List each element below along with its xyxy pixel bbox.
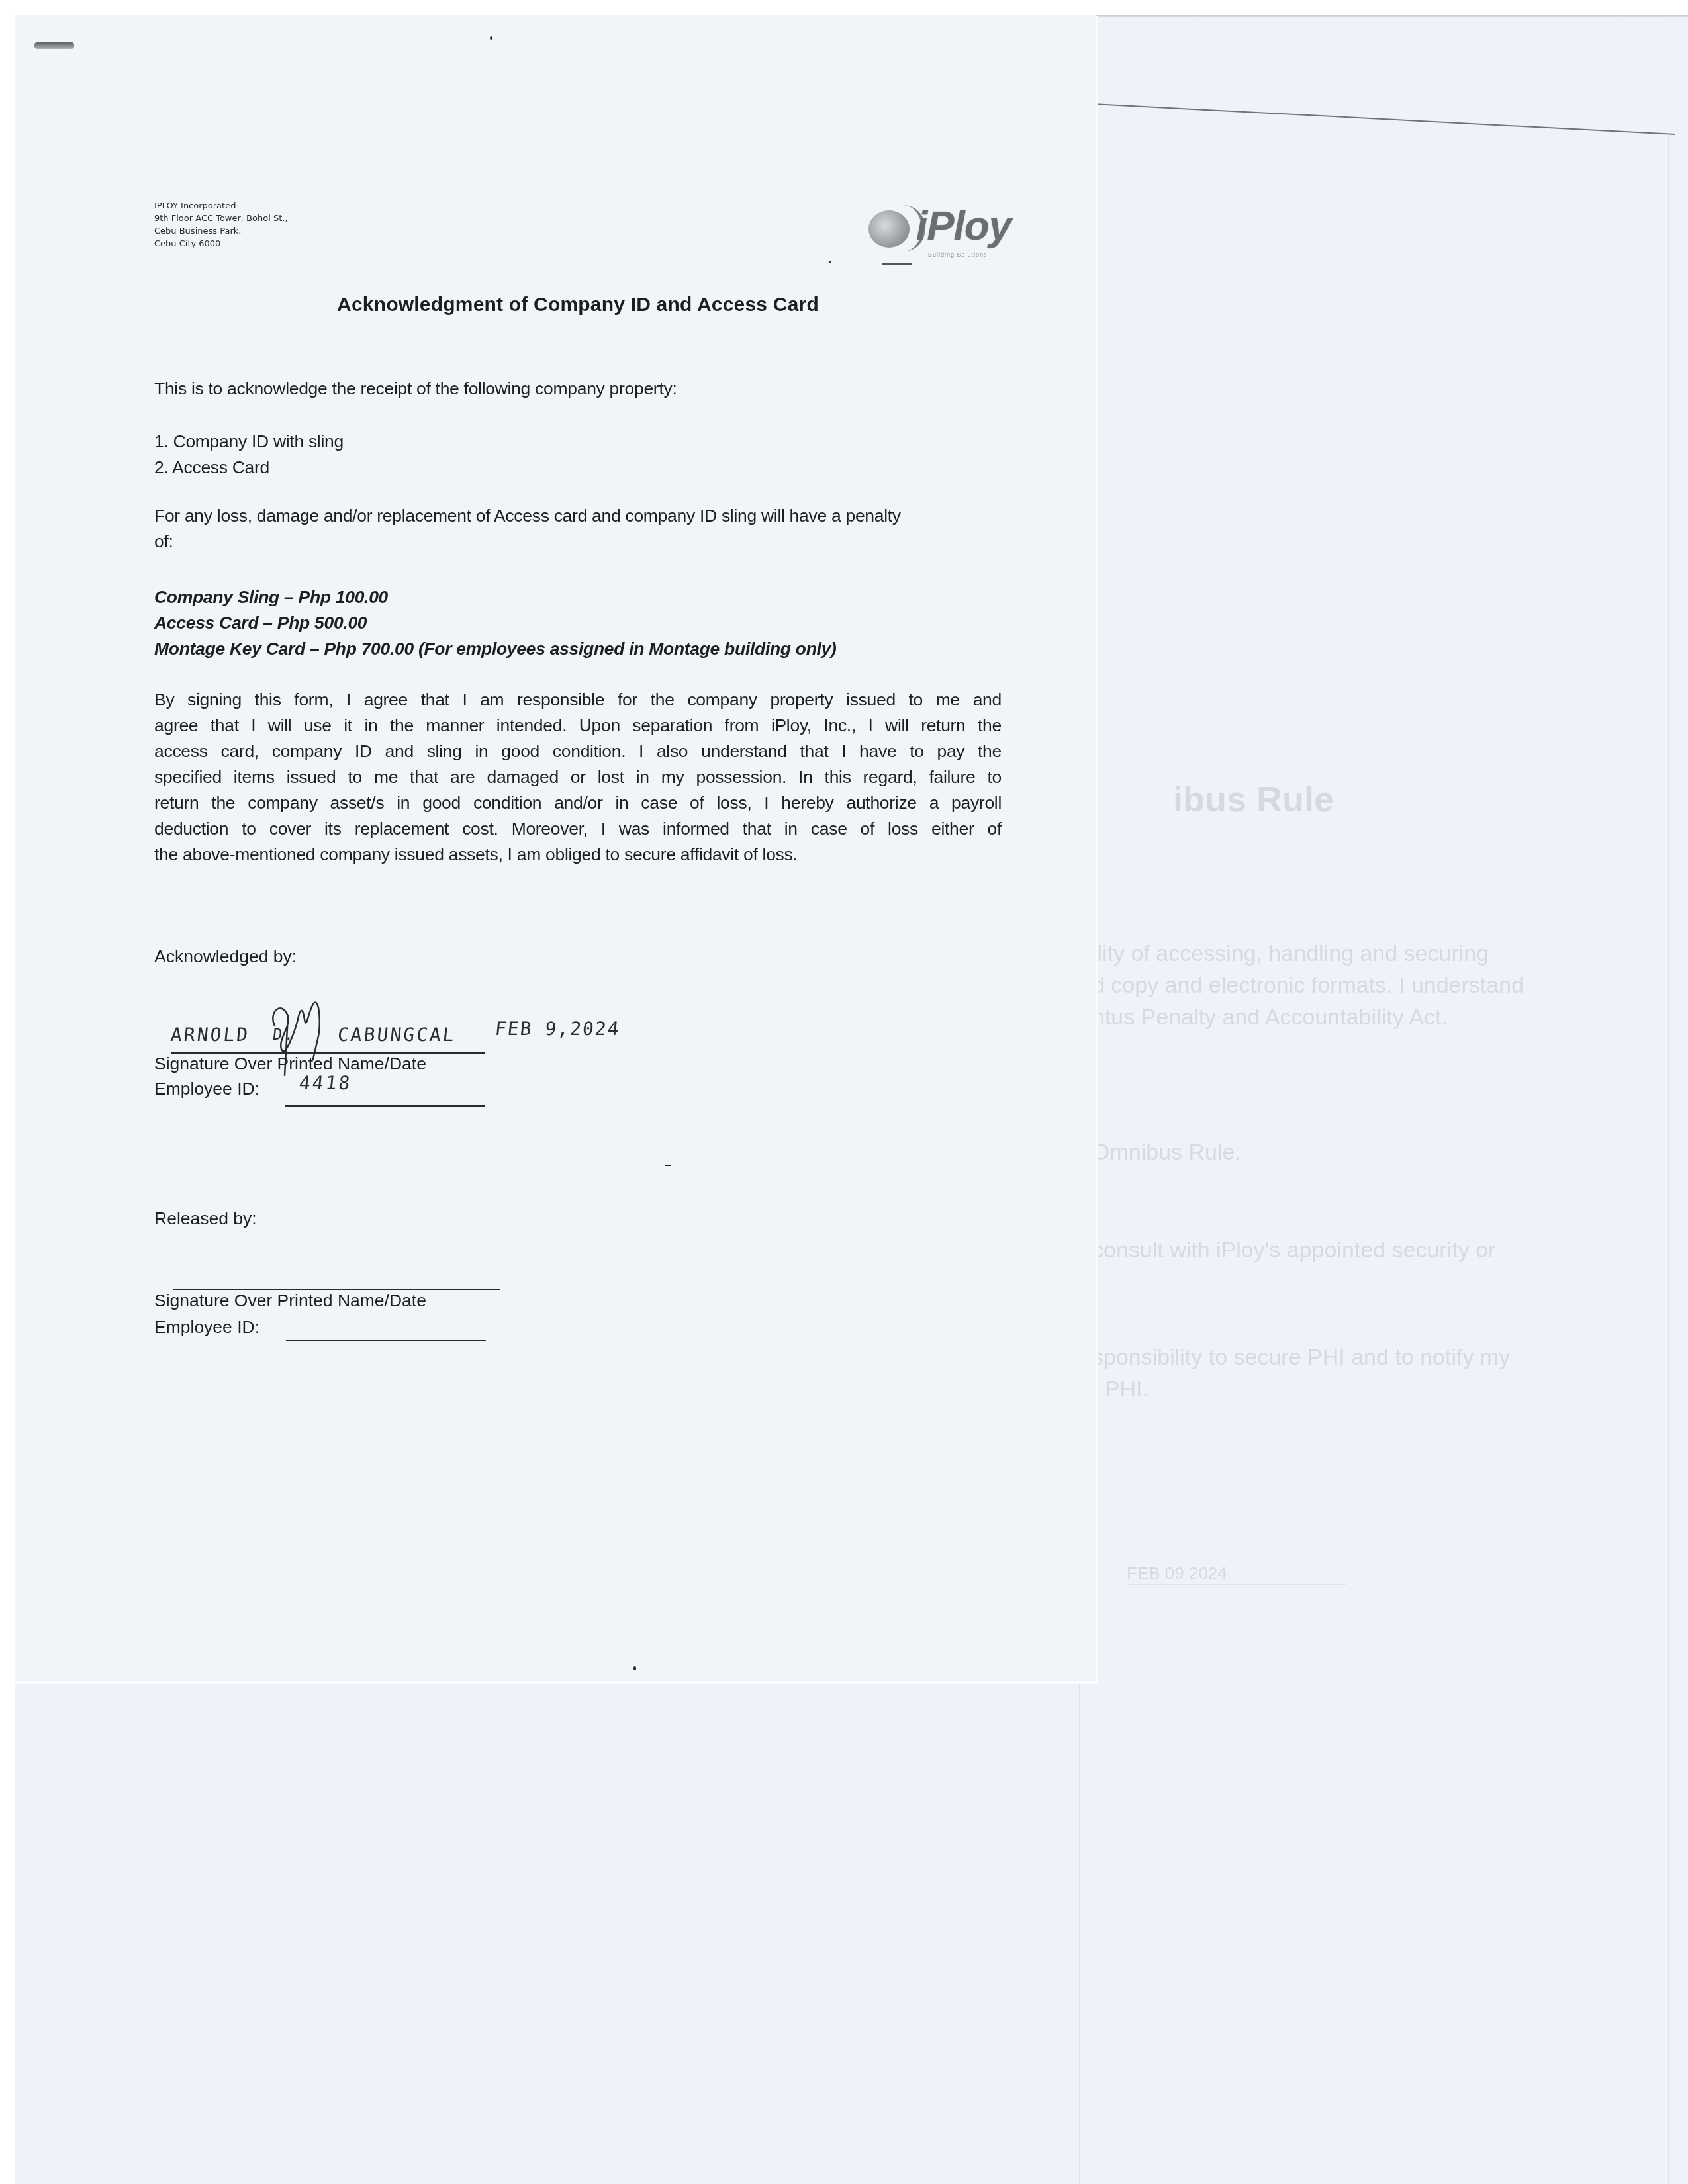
acknowledged-employee-id-label: Employee ID: (154, 1079, 259, 1099)
agreement-line: agree that I will use it in the manner i… (154, 713, 1002, 739)
logo-underbar (882, 263, 912, 265)
released-by-label: Released by: (154, 1208, 257, 1229)
address-line: Cebu City 6000 (154, 238, 288, 250)
iploy-logo: iPloy Building Solutions (862, 193, 1034, 266)
ghost-line: consult with iPloy's appointed security … (1092, 1238, 1495, 1263)
company-letterhead: IPLOY Incorporated 9th Floor ACC Tower, … (154, 200, 288, 250)
logo-tagline: Building Solutions (928, 251, 988, 258)
agreement-line: return the company asset/s in good condi… (154, 790, 1002, 816)
agreement-line: By signing this form, I agree that I am … (154, 687, 1002, 713)
released-signature-line[interactable] (173, 1289, 500, 1290)
ghost-date: FEB 09 2024 (1127, 1563, 1346, 1585)
scan-speck (665, 1165, 671, 1166)
penalty-intro-line: For any loss, damage and/or replacement … (154, 503, 1002, 529)
agreement-paragraph: By signing this form, I agree that I am … (154, 687, 1002, 868)
company-name: IPLOY Incorporated (154, 200, 288, 212)
acknowledged-by-label: Acknowledged by: (154, 946, 297, 967)
intro-text: This is to acknowledge the receipt of th… (154, 376, 1002, 402)
penalty-intro: For any loss, damage and/or replacement … (154, 503, 1002, 555)
ghost-line: ility of accessing, handling and securin… (1092, 941, 1489, 967)
penalty-item: Company Sling – Php 100.00 (154, 584, 837, 610)
agreement-line: the above-mentioned company issued asset… (154, 842, 1002, 868)
handwritten-date: FEB 9,2024 (494, 1018, 621, 1040)
ghost-line: sponsibility to secure PHI and to notify… (1092, 1345, 1510, 1371)
fold-line (1080, 103, 1675, 135)
property-list: 1. Company ID with sling 2. Access Card (154, 429, 344, 480)
ghost-line: d copy and electronic formats. I underst… (1092, 973, 1524, 999)
ghost-title: ibus Rule (1173, 779, 1334, 820)
released-employee-id-line[interactable] (286, 1340, 486, 1341)
handwritten-employee-id: 4418 (298, 1072, 353, 1094)
underlying-page: ibus Rule ility of accessing, handling a… (1079, 15, 1669, 2184)
staple-mark (34, 42, 74, 49)
penalty-item: Access Card – Php 500.00 (154, 610, 837, 636)
logo-wordmark: iPloy (916, 203, 1011, 250)
agreement-line: deduction to cover its replacement cost.… (154, 816, 1002, 842)
penalty-intro-line: of: (154, 529, 1002, 555)
address-line: Cebu Business Park, (154, 225, 288, 238)
acknowledged-signature-caption: Signature Over Printed Name/Date (154, 1054, 426, 1074)
agreement-line: specified items issued to me that are da… (154, 764, 1002, 790)
ghost-line: f PHI. (1092, 1377, 1149, 1402)
released-employee-id-label: Employee ID: (154, 1317, 259, 1338)
page-edge-right (1668, 134, 1669, 2184)
document-title: Acknowledgment of Company ID and Access … (154, 294, 1002, 316)
penalty-list: Company Sling – Php 100.00 Access Card –… (154, 584, 837, 662)
ghost-line: Omnibus Rule. (1092, 1140, 1241, 1165)
handwritten-last-name: CABUNGCAL (336, 1024, 457, 1046)
released-signature-caption: Signature Over Printed Name/Date (154, 1291, 426, 1311)
acknowledged-employee-id-line (285, 1105, 485, 1107)
address-line: 9th Floor ACC Tower, Bohol St., (154, 212, 288, 225)
scan-speck (633, 1666, 636, 1670)
agreement-line: access card, company ID and sling in goo… (154, 739, 1002, 764)
property-item: 2. Access Card (154, 455, 344, 480)
handwritten-first-name: ARNOLD (169, 1024, 251, 1046)
scan-speck (829, 261, 831, 263)
ghost-line: ntus Penalty and Accountability Act. (1092, 1005, 1448, 1030)
penalty-item: Montage Key Card – Php 700.00 (For emplo… (154, 636, 837, 662)
page-edge (1080, 15, 1688, 18)
property-item: 1. Company ID with sling (154, 429, 344, 455)
scan-speck (490, 36, 492, 40)
